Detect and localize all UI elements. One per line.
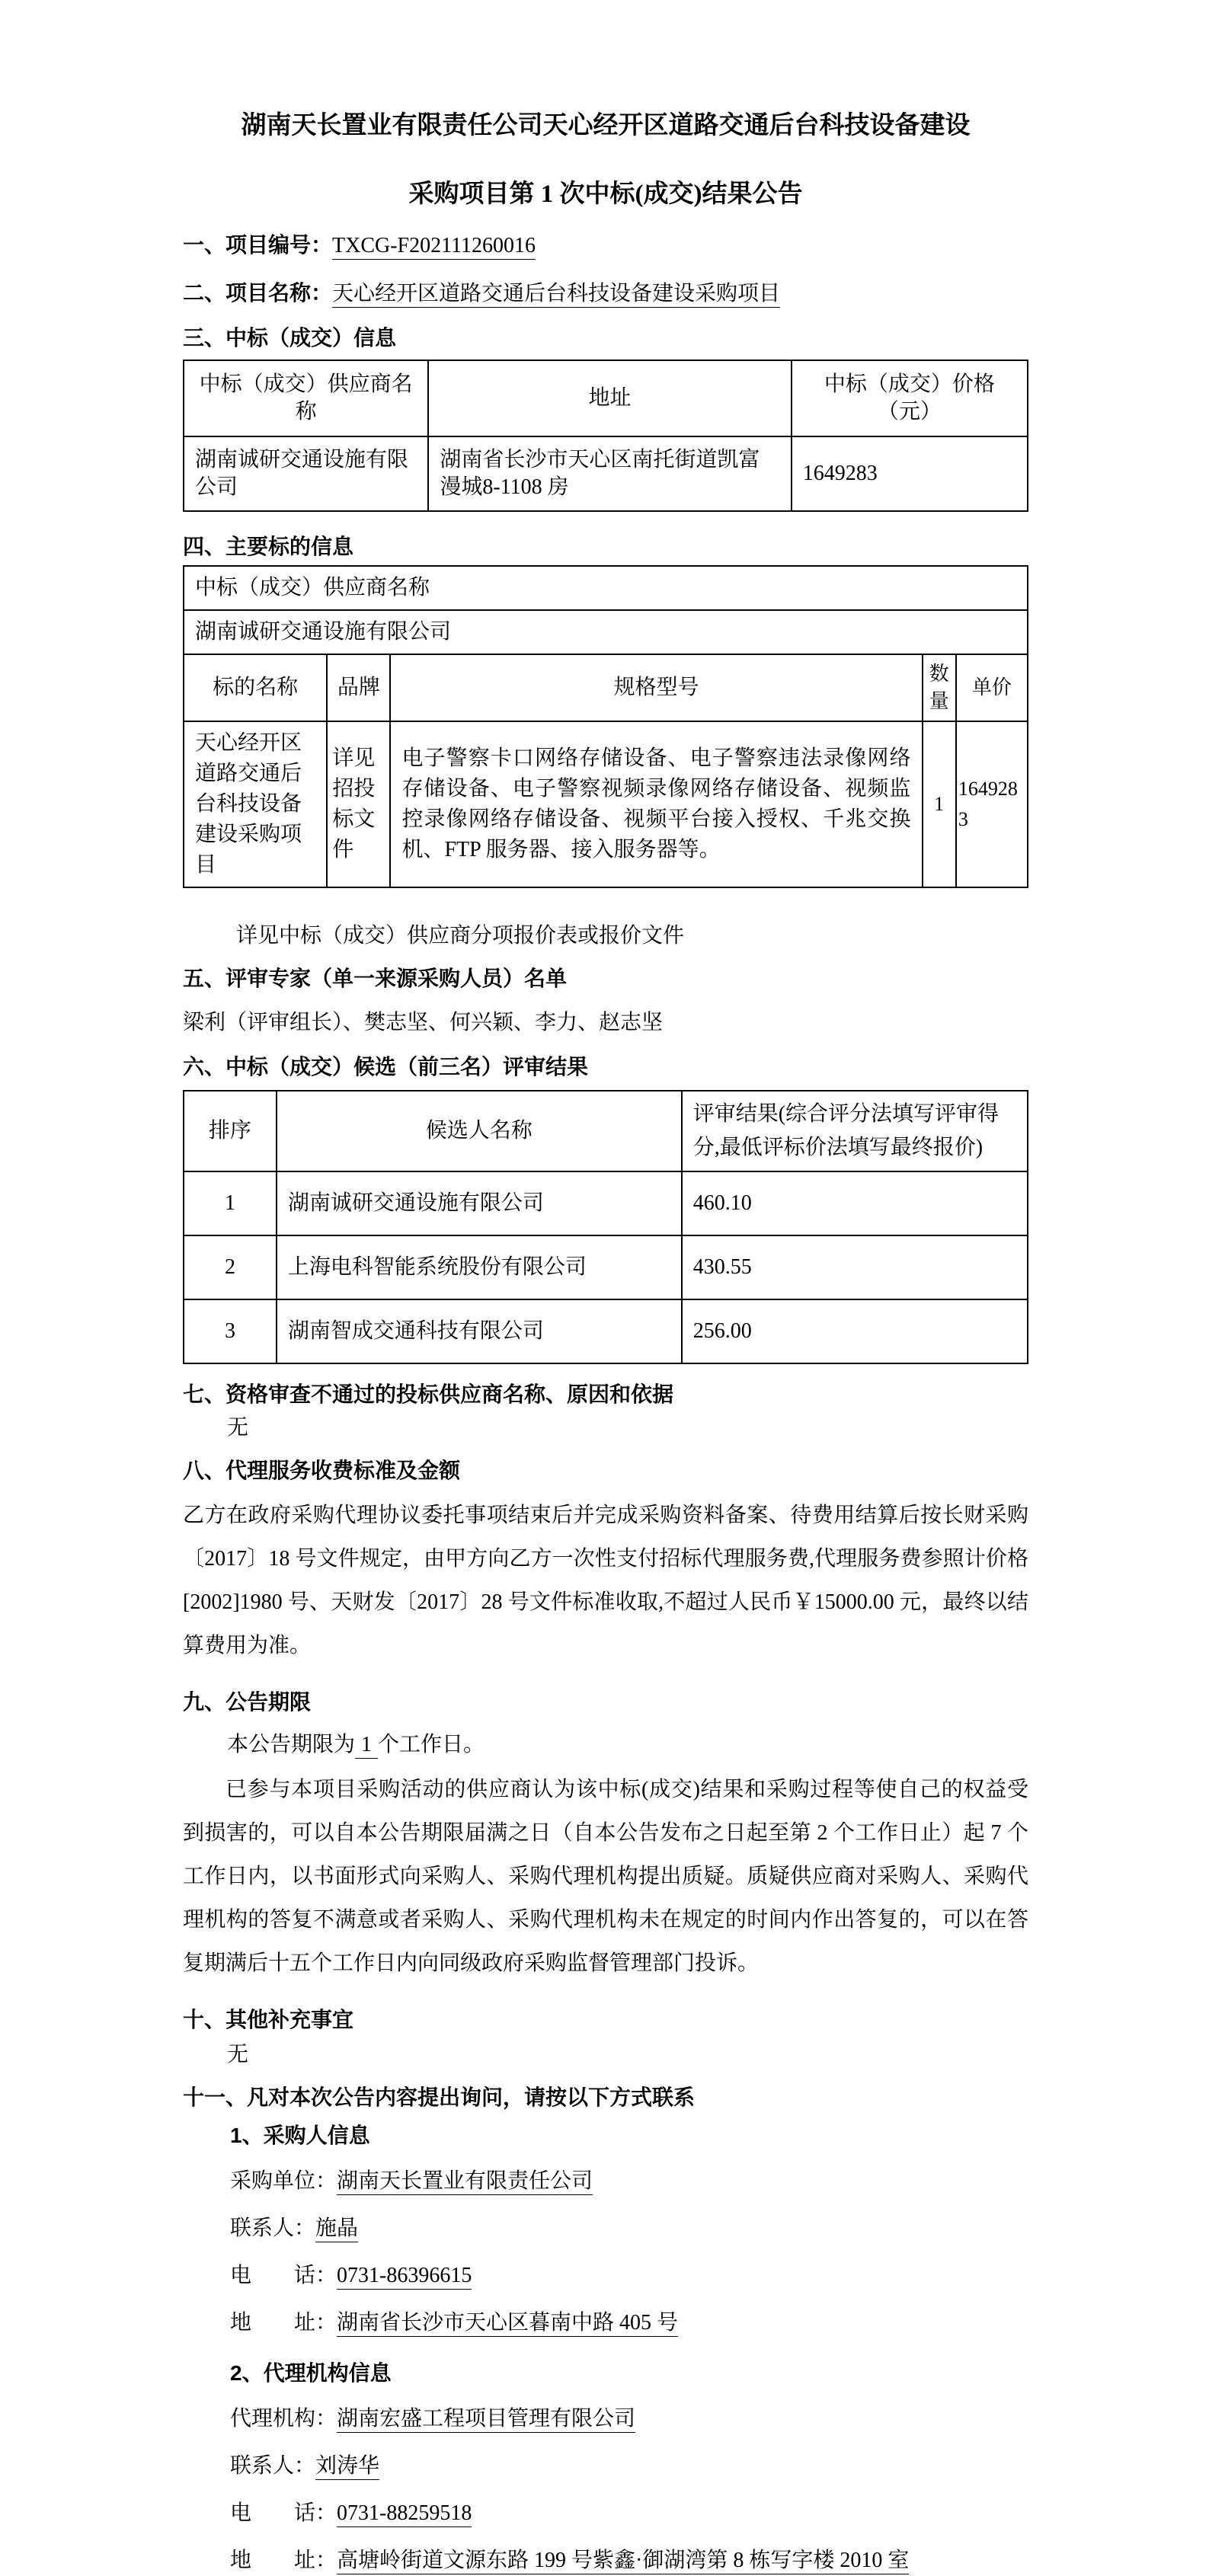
table-row: 天心经开区道路交通后台科技设备建设采购项目 详见招投标文件 电子警察卡口网络存储…: [184, 721, 1028, 887]
contact-line: 电 话：0731-86396615: [183, 2261, 1028, 2291]
supplier-name-cell: 湖南诚研交通设施有限公司: [184, 436, 428, 511]
agency-contact-person-value: 刘涛华: [315, 2454, 379, 2480]
supplier-name-cell: 湖南诚研交通设施有限公司: [184, 610, 1028, 654]
table-row: 湖南诚研交通设施有限公司 湖南省长沙市天心区南托街道凯富漫城8-1108 房 1…: [184, 436, 1028, 511]
supplementary-none: 无: [183, 2041, 1028, 2069]
agency-phone-value: 0731-88259518: [337, 2501, 472, 2527]
page-title-line2: 采购项目第 1 次中标(成交)结果公告: [183, 177, 1028, 212]
section-heading-contact: 十一、凡对本次公告内容提出询问，请按以下方式联系: [183, 2084, 1028, 2111]
pricing-note: 详见中标（成交）供应商分项报价表或报价文件: [183, 922, 1028, 950]
qty-header-cell: 数量: [923, 654, 956, 721]
contact-line: 地 址：湖南省长沙市天心区暮南中路 405 号: [183, 2308, 1028, 2338]
project-name-line: 二、项目名称：天心经开区道路交通后台科技设备建设采购项目: [183, 280, 1028, 308]
contact-line: 联系人：施晶: [183, 2213, 1028, 2244]
project-name-label: 二、项目名称：: [183, 281, 332, 305]
contact-label: 采购单位：: [230, 2169, 337, 2193]
notice-period-value: 1: [355, 1733, 378, 1759]
unit-price-cell: 1649283: [956, 721, 1028, 887]
table-header-row: 中标（成交）供应商名称 地址 中标（成交）价格（元）: [184, 360, 1028, 436]
brand-cell: 详见招投标文件: [327, 721, 390, 887]
subject-cell: 天心经开区道路交通后台科技设备建设采购项目: [184, 721, 327, 887]
candidate-name-cell: 湖南智成交通科技有限公司: [277, 1299, 682, 1363]
rank-cell: 1: [184, 1171, 277, 1235]
agency-name-value: 湖南宏盛工程项目管理有限公司: [337, 2407, 635, 2433]
objection-paragraph: 已参与本项目采购活动的供应商认为该中标(成交)结果和采购过程等使自己的权益受到损…: [183, 1768, 1028, 1985]
contact-label: 电 话：: [230, 2501, 337, 2525]
supplier-name-header-cell: 中标（成交）供应商名称: [184, 360, 428, 436]
candidate-name-cell: 上海电科智能系统股份有限公司: [277, 1235, 682, 1299]
candidate-row: 3 湖南智成交通科技有限公司 256.00: [184, 1299, 1028, 1363]
disqualified-none: 无: [183, 1414, 1028, 1442]
announcement-document: 湖南天长置业有限责任公司天心经开区道路交通后台科技设备建设 采购项目第 1 次中…: [0, 0, 1209, 2477]
section-heading-supplementary: 十、其他补充事宜: [183, 2006, 1028, 2034]
candidate-name-cell: 湖南诚研交通设施有限公司: [277, 1171, 682, 1235]
section-heading-subject-info: 四、主要标的信息: [183, 533, 1028, 561]
score-cell: 460.10: [682, 1171, 1028, 1235]
score-cell: 430.55: [682, 1235, 1028, 1299]
table-header-row: 标的名称 品牌 规格型号 数量 单价: [184, 654, 1028, 721]
unit-price-header-cell: 单价: [956, 654, 1028, 721]
section-heading-agency-fee: 八、代理服务收费标准及金额: [183, 1457, 1028, 1485]
award-info-table: 中标（成交）供应商名称 地址 中标（成交）价格（元） 湖南诚研交通设施有限公司 …: [183, 360, 1028, 512]
table-header-row: 排序 候选人名称 评审结果(综合评分法填写评审得分,最低评标价法填写最终报价): [184, 1091, 1028, 1171]
agency-fee-paragraph: 乙方在政府采购代理协议委托事项结束后并完成采购资料备案、待费用结算后按长财采购〔…: [183, 1494, 1028, 1667]
contact-label: 电 话：: [230, 2264, 337, 2287]
section-heading-notice-period: 九、公告期限: [183, 1689, 1028, 1716]
subject-info-table: 中标（成交）供应商名称 湖南诚研交通设施有限公司 标的名称 品牌 规格型号 数量…: [183, 565, 1028, 888]
spec-cell: 电子警察卡口网络存储设备、电子警察违法录像网络存储设备、电子警察视频录像网络存储…: [390, 721, 922, 887]
contact-label: 地 址：: [230, 2311, 337, 2335]
rank-cell: 2: [184, 1235, 277, 1299]
page-title-line1: 湖南天长置业有限责任公司天心经开区道路交通后台科技设备建设: [183, 108, 1028, 143]
brand-header-cell: 品牌: [327, 654, 390, 721]
contact-label: 地 址：: [230, 2549, 337, 2572]
notice-period-line: 本公告期限为1个工作日。: [183, 1730, 1028, 1760]
purchaser-info-heading: 1、采购人信息: [183, 2122, 1028, 2149]
candidate-row: 1 湖南诚研交通设施有限公司 460.10: [184, 1171, 1028, 1235]
section-heading-candidates: 六、中标（成交）候选（前三名）评审结果: [183, 1053, 1028, 1081]
contact-line: 采购单位：湖南天长置业有限责任公司: [183, 2166, 1028, 2197]
section-heading-experts: 五、评审专家（单一来源采购人员）名单: [183, 965, 1028, 992]
candidates-table: 排序 候选人名称 评审结果(综合评分法填写评审得分,最低评标价法填写最终报价) …: [183, 1090, 1028, 1364]
contact-label: 代理机构：: [230, 2407, 337, 2431]
subject-header-cell: 标的名称: [184, 654, 327, 721]
project-number-label: 一、项目编号：: [183, 233, 332, 257]
agency-info-heading: 2、代理机构信息: [183, 2360, 1028, 2387]
supplier-name-row: 湖南诚研交通设施有限公司: [184, 610, 1028, 654]
project-name-value: 天心经开区道路交通后台科技设备建设采购项目: [332, 282, 780, 308]
purchaser-contact-person-value: 施晶: [315, 2216, 358, 2242]
qty-cell: 1: [923, 721, 956, 887]
price-header-cell: 中标（成交）价格（元）: [792, 360, 1028, 436]
address-header-cell: 地址: [428, 360, 791, 436]
experts-list: 梁利（评审组长）、樊志坚、何兴颖、李力、赵志坚: [183, 1009, 1028, 1037]
notice-period-prefix: 本公告期限为: [227, 1733, 355, 1756]
purchaser-phone-value: 0731-86396615: [337, 2264, 472, 2290]
candidate-header-cell: 候选人名称: [277, 1091, 682, 1171]
price-cell: 1649283: [792, 436, 1028, 511]
project-number-value: TXCG-F202111260016: [332, 234, 536, 260]
contact-line: 地 址：高塘岭街道文源东路 199 号紫鑫·御湖湾第 8 栋写字楼 2010 室: [183, 2546, 1028, 2576]
contact-line: 联系人：刘涛华: [183, 2451, 1028, 2482]
purchaser-unit-value: 湖南天长置业有限责任公司: [337, 2169, 593, 2195]
agency-address-value: 高塘岭街道文源东路 199 号紫鑫·御湖湾第 8 栋写字楼 2010 室: [337, 2549, 909, 2574]
section-heading-disqualified: 七、资格审查不通过的投标供应商名称、原因和依据: [183, 1381, 1028, 1408]
score-cell: 256.00: [682, 1299, 1028, 1363]
rank-cell: 3: [184, 1299, 277, 1363]
spec-header-cell: 规格型号: [390, 654, 922, 721]
contact-line: 电 话：0731-88259518: [183, 2498, 1028, 2529]
address-cell: 湖南省长沙市天心区南托街道凯富漫城8-1108 房: [428, 436, 791, 511]
supplier-header-cell: 中标（成交）供应商名称: [184, 566, 1028, 610]
section-heading-award-info: 三、中标（成交）信息: [183, 324, 1028, 352]
candidate-row: 2 上海电科智能系统股份有限公司 430.55: [184, 1235, 1028, 1299]
result-header-cell: 评审结果(综合评分法填写评审得分,最低评标价法填写最终报价): [682, 1091, 1028, 1171]
notice-period-suffix: 个工作日。: [378, 1733, 485, 1756]
contact-line: 代理机构：湖南宏盛工程项目管理有限公司: [183, 2404, 1028, 2434]
contact-label: 联系人：: [230, 2454, 315, 2478]
supplier-header-row: 中标（成交）供应商名称: [184, 566, 1028, 610]
purchaser-address-value: 湖南省长沙市天心区暮南中路 405 号: [337, 2311, 678, 2337]
contact-label: 联系人：: [230, 2216, 315, 2240]
project-number-line: 一、项目编号：TXCG-F202111260016: [183, 232, 1028, 260]
rank-header-cell: 排序: [184, 1091, 277, 1171]
